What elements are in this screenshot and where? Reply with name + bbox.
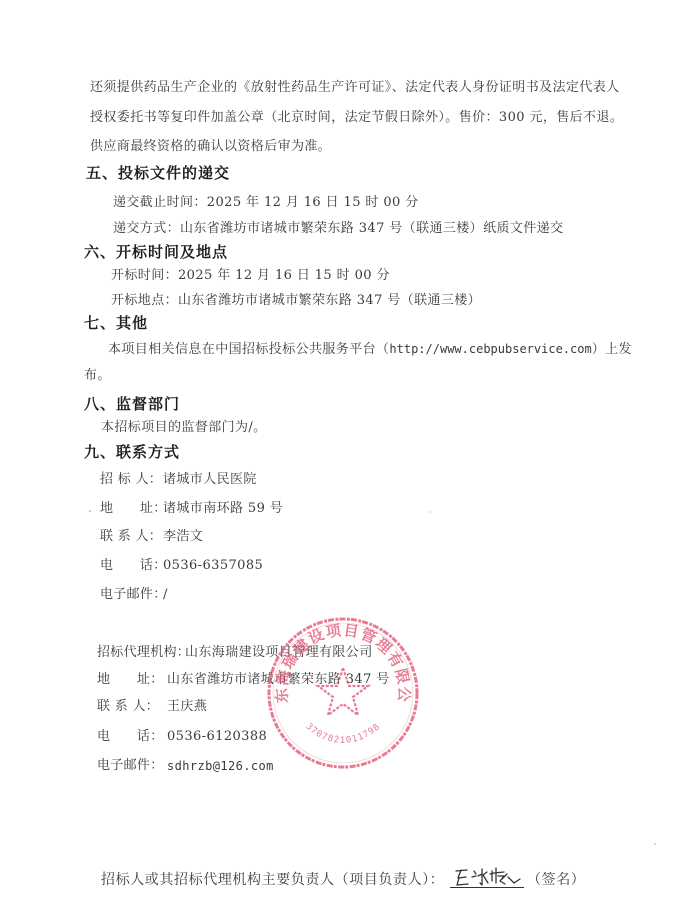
section-7-heading: 七、其他 [84, 314, 148, 332]
agency-name-row: 招标代理机构： 山东海瑞建设项目管理有限公司 [97, 645, 190, 661]
agency-phone-label: 电 话： [97, 729, 164, 745]
tenderer-contact-row: 联 系 人： 李浩文 [100, 529, 162, 545]
agency-email: sdhrzb@126.com [167, 758, 274, 774]
intro-line-3: 供应商最终资格的确认以资格后审为准。 [90, 139, 331, 155]
tenderer-contact-label: 联 系 人： [100, 529, 162, 545]
tenderer-phone-row: 电 话： 0536-6357085 [100, 558, 167, 574]
section-9-heading: 九、联系方式 [84, 443, 180, 461]
section-8-heading: 八、监督部门 [84, 395, 180, 413]
seal-code: 3707821011798 [303, 722, 382, 746]
company-seal: 山东海瑞建设项目管理有限公司 3707821011798 [266, 616, 420, 770]
scan-speck [429, 511, 431, 513]
agency-address-row: 地 址： 山东省潍坊市诸城市繁荣东路 347 号 [97, 672, 164, 688]
signature-underline [450, 887, 524, 888]
tenderer-email-row: 电子邮件： / [100, 587, 167, 603]
agency-phone-row: 电 话： 0536-6120388 [97, 729, 164, 745]
tenderer-name-label: 招 标 人： [100, 472, 162, 488]
tenderer-address-row: 地 址： 诸城市南环路 59 号 [100, 501, 167, 517]
opening-time: 开标时间：2025 年 12 月 16 日 15 时 00 分 [111, 268, 390, 284]
tenderer-email: / [163, 587, 168, 603]
signature-suffix: （签名） [527, 872, 585, 888]
intro-line-2: 授权委托书等复印件加盖公章（北京时间，法定节假日除外）。售价：300 元，售后不… [90, 110, 623, 126]
other-info-line-1: 本项目相关信息在中国招标投标公共服务平台（http://www.cebpubse… [108, 341, 632, 358]
tenderer-name-row: 招 标 人： 诸城市人民医院 [100, 472, 162, 488]
tenderer-phone-label: 电 话： [100, 558, 167, 574]
agency-name: 山东海瑞建设项目管理有限公司 [185, 645, 373, 661]
tenderer-phone: 0536-6357085 [163, 558, 263, 574]
other-info-line-2: 布。 [84, 368, 111, 384]
other-info-prefix: 本项目相关信息在中国招标投标公共服务平台（ [108, 342, 389, 357]
scan-speck [654, 843, 656, 845]
agency-address: 山东省潍坊市诸城市繁荣东路 347 号 [167, 672, 390, 688]
agency-email-label: 电子邮件： [97, 758, 164, 774]
agency-email-row: 电子邮件： sdhrzb@126.com [97, 758, 164, 774]
tenderer-address-label: 地 址： [100, 501, 167, 517]
agency-phone: 0536-6120388 [167, 729, 267, 745]
agency-contact-row: 联 系 人： 王庆燕 [97, 699, 159, 715]
tenderer-name: 诸城市人民医院 [163, 472, 257, 488]
platform-url: http://www.cebpubservice.com [389, 342, 591, 356]
tenderer-contact: 李浩文 [163, 529, 203, 545]
agency-address-label: 地 址： [97, 672, 164, 688]
submission-deadline: 递交截止时间：2025 年 12 月 16 日 15 时 00 分 [113, 195, 419, 211]
agency-contact-label: 联 系 人： [97, 699, 159, 715]
supervision-text: 本招标项目的监督部门为/。 [101, 420, 267, 436]
intro-line-1: 还须提供药品生产企业的《放射性药品生产许可证》、法定代表人身份证明书及法定代表人 [90, 80, 620, 96]
opening-place: 开标地点：山东省潍坊市诸城市繁荣东路 347 号（联通三楼） [111, 293, 481, 309]
tenderer-address: 诸城市南环路 59 号 [163, 501, 283, 517]
agency-contact: 王庆燕 [167, 699, 207, 715]
tenderer-email-label: 电子邮件： [100, 587, 167, 603]
scan-speck [89, 510, 91, 512]
other-info-suffix: ）上发 [592, 342, 632, 357]
signature-prompt: 招标人或其招标代理机构主要负责人（项目负责人）： [101, 872, 444, 888]
section-6-heading: 六、开标时间及地点 [84, 243, 228, 261]
submission-method: 递交方式：山东省潍坊市诸城市繁荣东路 347 号（联通三楼）纸质文件递交 [113, 221, 563, 237]
section-5-heading: 五、投标文件的递交 [86, 164, 230, 182]
agency-name-label: 招标代理机构： [97, 645, 190, 661]
